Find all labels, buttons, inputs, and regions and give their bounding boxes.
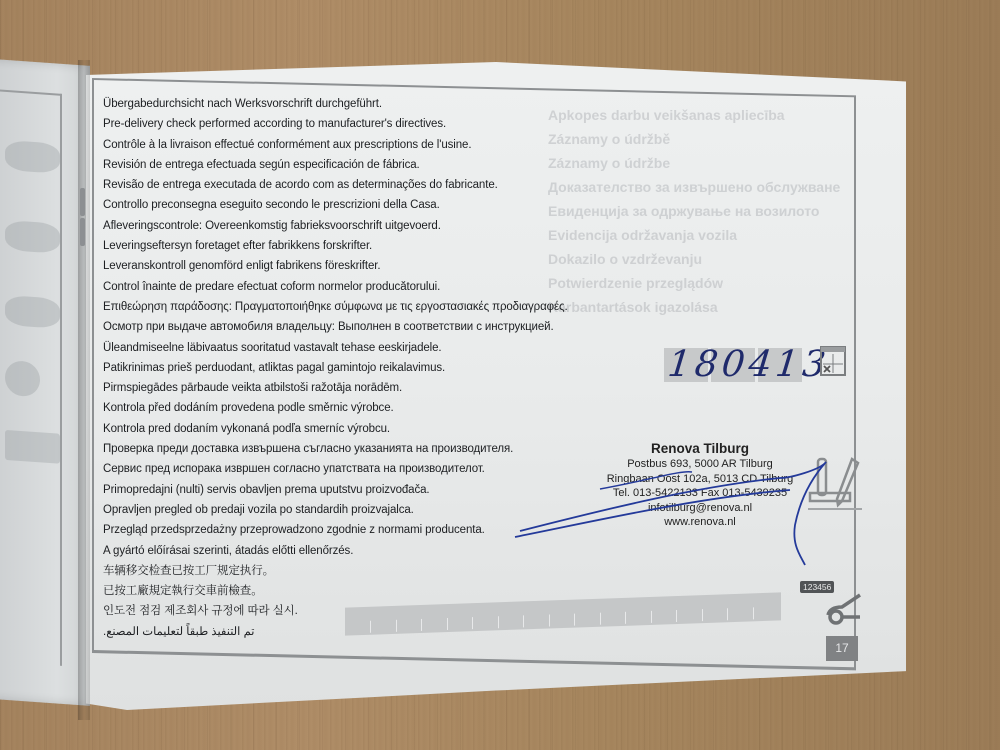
scale-tick bbox=[600, 613, 601, 625]
scale-tick bbox=[625, 612, 626, 624]
statement-line: Revisión de entrega efectuada según espe… bbox=[103, 155, 563, 175]
ghost-text-line: Potwierdzenie przeglądów bbox=[548, 271, 840, 295]
left-page bbox=[0, 58, 90, 706]
statement-line: Przegląd przedsprzedażny przeprowadzono … bbox=[103, 520, 563, 540]
scale-tick bbox=[396, 620, 397, 632]
dealer-email: infotilburg@renova.nl bbox=[595, 501, 805, 516]
statement-line: Leveringseftersyn foretaget efter fabrik… bbox=[103, 236, 563, 256]
statement-line: Opravljen pregled ob predaji vozila po s… bbox=[103, 500, 563, 520]
tow-hook-icon bbox=[820, 593, 862, 627]
booklet-spine bbox=[78, 60, 90, 720]
ghost-text-line: Karbantartások igazolása bbox=[548, 295, 840, 319]
statement-line: Επιθεώρηση παράδοσης: Πραγματοποιήθηκε σ… bbox=[103, 297, 563, 317]
handwritten-date: 180413 bbox=[666, 344, 832, 385]
scale-tick bbox=[727, 608, 728, 620]
statement-line: Pirmspiegādes pārbaude veikta atbilstoši… bbox=[103, 378, 563, 398]
statement-line: Patikrinimas prieš perduodant, atliktas … bbox=[103, 358, 563, 378]
staple bbox=[80, 188, 85, 216]
page-number: 17 bbox=[826, 636, 858, 661]
statement-line: Control înainte de predare efectuat cofo… bbox=[103, 277, 563, 297]
date-month: 04 bbox=[720, 344, 778, 385]
dealer-street: Ringbaan Oost 102a, 5013 CD Tilburg bbox=[595, 472, 805, 487]
scale-tick bbox=[676, 610, 677, 622]
scale-tick bbox=[651, 611, 652, 623]
odometer-badge: 123456 bbox=[800, 581, 834, 593]
statement-line: Revisão de entrega executada de acordo c… bbox=[103, 175, 563, 195]
scale-tick bbox=[472, 617, 473, 629]
stamp-and-pen-icon bbox=[808, 455, 862, 513]
scale-tick bbox=[370, 621, 371, 633]
statement-line: Kontrola pred dodaním vykonaná podľa sme… bbox=[103, 419, 563, 439]
statement-line: Pre-delivery check performed according t… bbox=[103, 114, 563, 134]
calendar-icon bbox=[820, 346, 846, 376]
date-day: 18 bbox=[666, 344, 724, 385]
delivery-check-statements: Übergabedurchsicht nach Werksvorschrift … bbox=[103, 94, 563, 642]
dealer-name: Renova Tilburg bbox=[595, 440, 805, 457]
ghost-text-line: Dokazilo o vzdrževanju bbox=[548, 247, 840, 271]
dealer-web: www.renova.nl bbox=[595, 515, 805, 530]
dealer-postal: Postbus 693, 5000 AR Tilburg bbox=[595, 457, 805, 472]
show-through-text: Apkopes darbu veikšanas apliecībaZáznamy… bbox=[548, 103, 840, 319]
scale-tick bbox=[523, 615, 524, 627]
statement-line: Проверка преди доставка извършена съглас… bbox=[103, 439, 563, 459]
ghost-text-line: Evidencija održavanja vozila bbox=[548, 223, 840, 247]
statement-line: Üleandmiseelne läbivaatus sooritatud vas… bbox=[103, 338, 563, 358]
scale-tick bbox=[549, 614, 550, 626]
staple bbox=[80, 218, 85, 246]
statement-line: A gyártó előírásai szerinti, átadás előt… bbox=[103, 541, 563, 561]
scale-tick bbox=[498, 616, 499, 628]
service-booklet: Apkopes darbu veikšanas apliecībaZáznamy… bbox=[0, 0, 1000, 750]
statement-line: Primopredajni (nulti) servis obavljen pr… bbox=[103, 480, 563, 500]
statement-line: Осмотр при выдаче автомобиля владельцу: … bbox=[103, 317, 563, 337]
scale-tick bbox=[702, 609, 703, 621]
scale-tick bbox=[753, 607, 754, 619]
scale-tick bbox=[447, 618, 448, 630]
ghost-text-line: Apkopes darbu veikšanas apliecība bbox=[548, 103, 840, 127]
scale-tick bbox=[421, 619, 422, 631]
dealer-stamp: Renova Tilburg Postbus 693, 5000 AR Tilb… bbox=[595, 440, 805, 530]
statement-line: Übergabedurchsicht nach Werksvorschrift … bbox=[103, 94, 563, 114]
statement-line: Leveranskontroll genomförd enligt fabrik… bbox=[103, 256, 563, 276]
ghost-illustration bbox=[5, 430, 60, 464]
statement-line: Kontrola před dodáním provedena podle sm… bbox=[103, 398, 563, 418]
statement-line: Сервис пред испорака извршен согласно уп… bbox=[103, 459, 563, 479]
statement-line: 车辆移交检查已按工厂规定执行。 bbox=[103, 561, 563, 581]
statement-line: تم التنفيذ طبقاً لتعليمات المصنع. bbox=[103, 622, 273, 642]
statement-line: 已按工廠規定執行交車前檢查。 bbox=[103, 581, 563, 601]
dealer-phone: Tel. 013-5422133 Fax 013-5439235 bbox=[595, 486, 805, 501]
statement-line: Controllo preconsegna eseguito secondo l… bbox=[103, 195, 563, 215]
ghost-text-line: Евиденција за одржување на возилото bbox=[548, 199, 840, 223]
ghost-text-line: Záznamy o údržbe bbox=[548, 151, 840, 175]
statement-line: Afleveringscontrole: Overeenkomstig fabr… bbox=[103, 216, 563, 236]
ghost-text-line: Záznamy o údržbě bbox=[548, 127, 840, 151]
statement-line: Contrôle à la livraison effectué conform… bbox=[103, 135, 563, 155]
ghost-text-line: Доказателство за извършено обслужване bbox=[548, 175, 840, 199]
scale-tick bbox=[574, 614, 575, 626]
